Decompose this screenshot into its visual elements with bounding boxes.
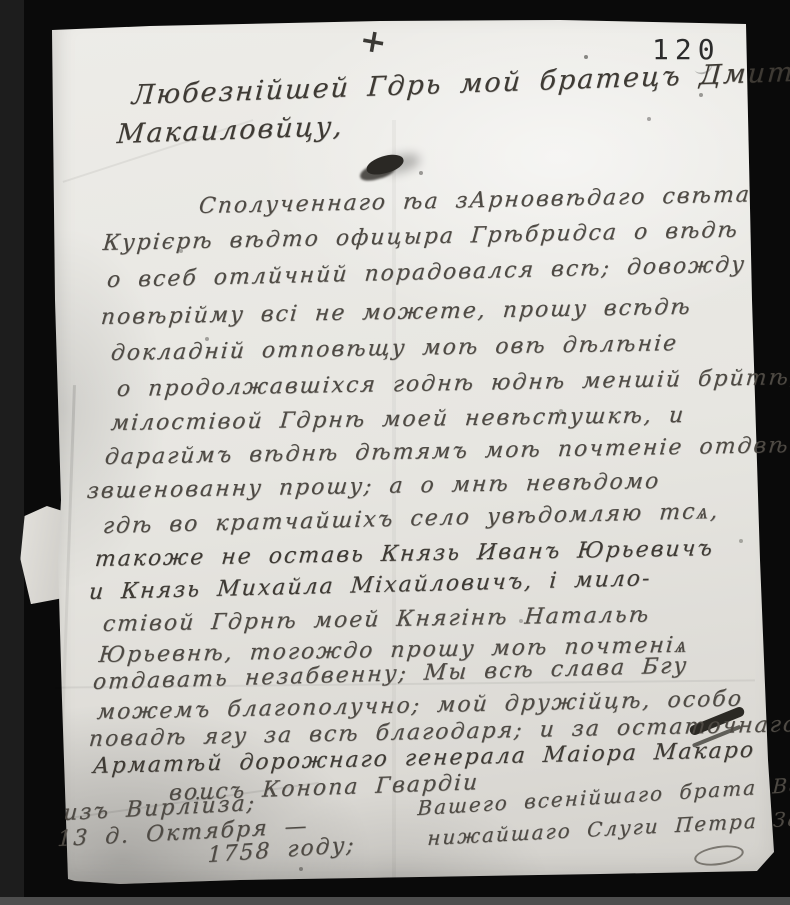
body-line: Сполученнаго ѣа зАрноввѣдаго свѣта bbox=[198, 182, 752, 219]
body-line: докладній отповѣщу моѣ овѣ дѣлѣніе bbox=[110, 331, 679, 366]
body-line: о продолжавшіхся годнѣ юднѣ меншій брйтѣ… bbox=[116, 365, 790, 402]
body-line: мілостівой Гдрнѣ моей невѣстушкѣ, и bbox=[110, 403, 687, 436]
body-line: звшенованну прошу; а о мнѣ невѣдомо bbox=[86, 469, 662, 504]
body-line: стівой Гдрнѣ моей Княгінѣ Натальѣ bbox=[102, 602, 652, 637]
manuscript-layer: Любезнійшей Гдрь мой братецъ ДмитрейМака… bbox=[0, 0, 790, 905]
archive-scan-page: { "page": { "background_color": "#0a0a0a… bbox=[0, 0, 790, 905]
body-line: гдѣ во кратчайшіхъ село увѣдомляю тсѧ, bbox=[102, 498, 721, 539]
body-line: и Князь Михайла Міхайловичъ, і мило- bbox=[88, 566, 653, 605]
body-line: повѣрійму всі не можете, прошу всѣдѣ bbox=[100, 295, 693, 330]
header-line: Макаиловйцу, bbox=[116, 111, 345, 150]
header-line: Любезнійшей Гдрь мой братецъ Дмитрей bbox=[131, 55, 790, 111]
body-line: дарагймъ вѣднѣ дѣтямъ моѣ почтеніе отдвѣ… bbox=[104, 433, 790, 470]
body-line: о всеб отлйчнйй порадовался всѣ; довожду bbox=[106, 252, 747, 293]
body-line: Курієрѣ вѣдто офицыра Грѣбридса о вѣдѣ bbox=[102, 218, 740, 256]
